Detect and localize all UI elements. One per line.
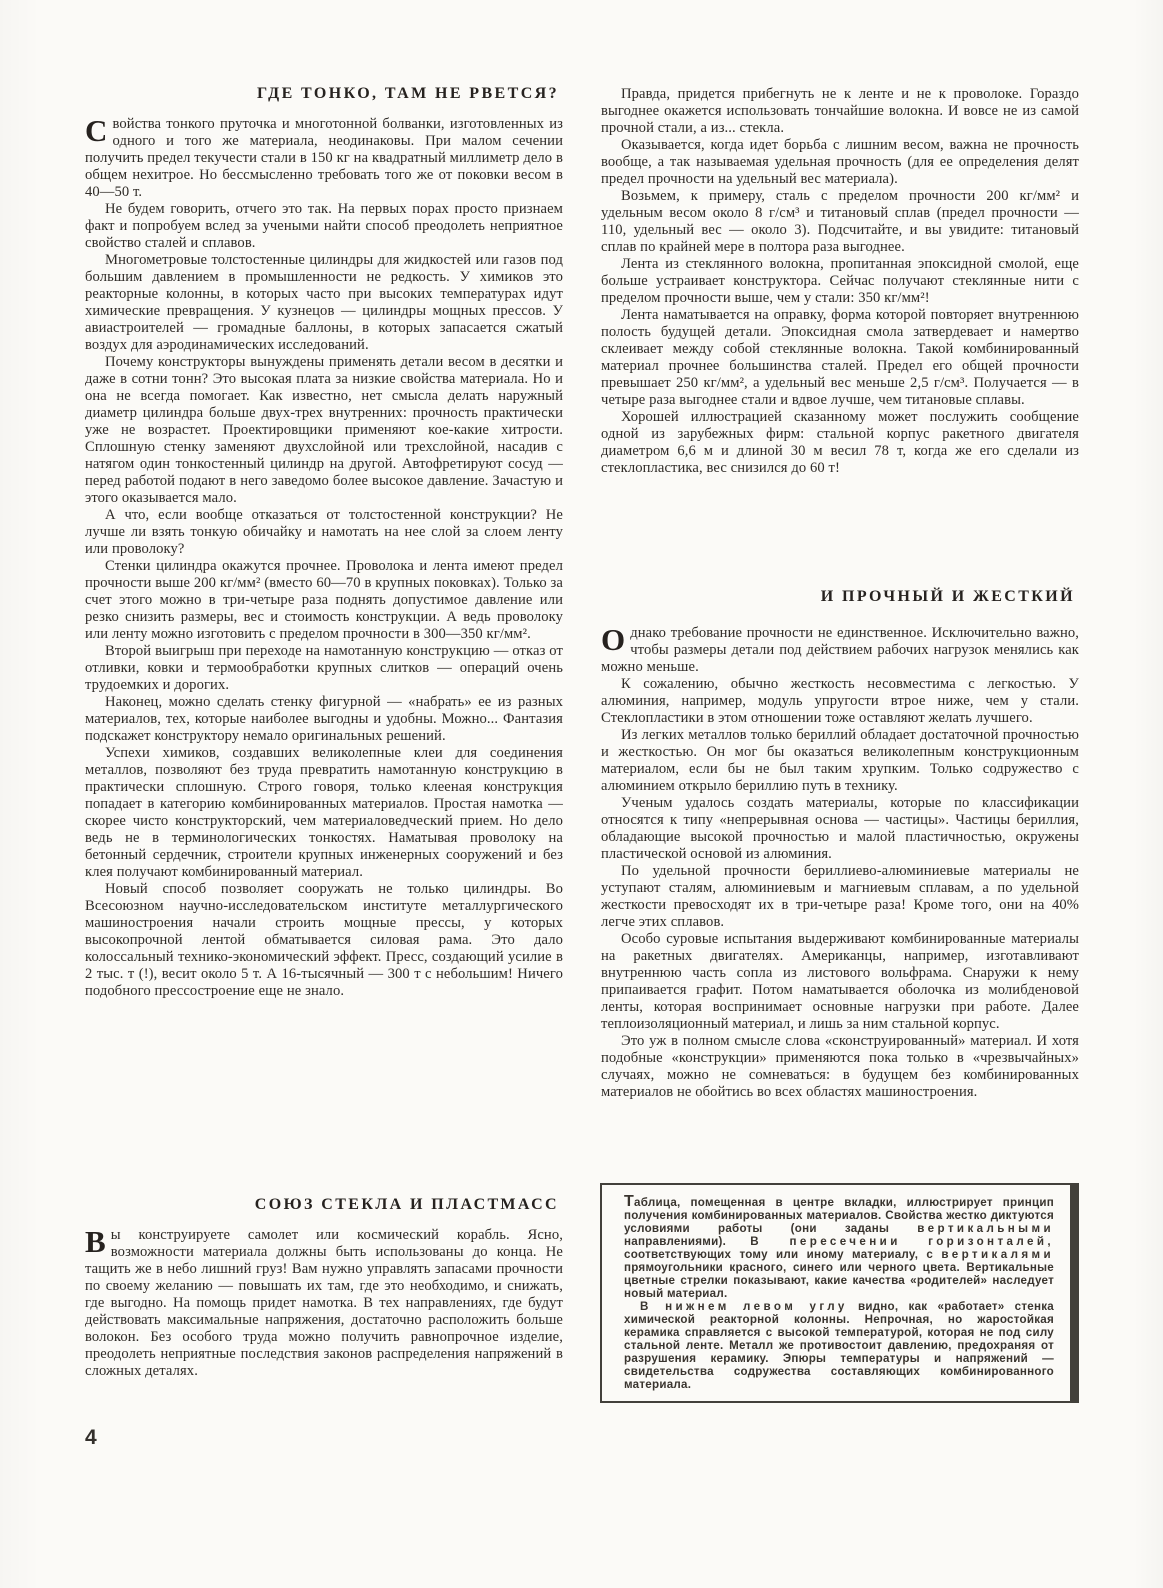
caption-box: Таблица, помещенная в центре вкладки, ил… <box>600 1183 1079 1403</box>
paragraph: В нижнем левом углу видно, как «работает… <box>624 1300 1054 1391</box>
drop-cap: В <box>85 1228 106 1255</box>
paragraph: Лента из стеклянного волокна, пропитанна… <box>601 256 1079 307</box>
emphasized-text: вертикалями <box>941 1248 1054 1261</box>
body-text: Лента наматывается на оправку, форма кот… <box>601 307 1079 408</box>
section-heading: И ПРОЧНЫЙ И ЖЕСТКИЙ <box>601 588 1075 605</box>
paragraph: Не будем говорить, отчего это так. На пе… <box>85 201 563 252</box>
page-number: 4 <box>85 1426 97 1450</box>
body-text: Хорошей иллюстрацией сказанному может по… <box>601 409 1079 476</box>
paragraph: Лента наматывается на оправку, форма кот… <box>601 307 1079 409</box>
paragraph: Ученым удалось создать материалы, которы… <box>601 795 1079 863</box>
body-text: Лента из стеклянного волокна, пропитанна… <box>601 256 1079 306</box>
body-text: видно, как «работает» стенка химической … <box>624 1300 1054 1391</box>
paragraph: По удельной прочности бериллиево-алюмини… <box>601 863 1079 931</box>
paragraph: Правда, придется прибегнуть не к ленте и… <box>601 86 1079 137</box>
body-text: Из легких металлов только бериллий облад… <box>601 727 1079 794</box>
drop-cap: О <box>601 626 625 653</box>
body-text: Оказывается, когда идет борьба с лишним … <box>601 137 1079 187</box>
body-text: Особо суровые испытания выдерживают комб… <box>601 931 1079 1032</box>
body-text: А что, если вообще отказаться от толстос… <box>85 507 563 557</box>
paragraph: Вы конструируете самолет или космический… <box>85 1227 563 1380</box>
emphasized-text: В пересечении горизонталей, <box>750 1235 1054 1248</box>
body-text: прямоугольники красного, синего или черн… <box>624 1261 1054 1300</box>
body-text: Многометровые толстостенные цилиндры для… <box>85 252 563 353</box>
paragraph: Возьмем, к примеру, сталь с пределом про… <box>601 188 1079 256</box>
section-heading: ГДЕ ТОНКО, ТАМ НЕ РВЕТСЯ? <box>85 85 559 102</box>
paragraph: Хорошей иллюстрацией сказанному может по… <box>601 409 1079 477</box>
emphasized-text: В нижнем левом углу <box>640 1300 848 1313</box>
paragraph: Оказывается, когда идет борьба с лишним … <box>601 137 1079 188</box>
paragraph: Новый способ позволяет сооружать не толь… <box>85 881 563 1000</box>
left-column-section-1: ГДЕ ТОНКО, ТАМ НЕ РВЕТСЯ?Свойства тонког… <box>85 85 563 1000</box>
body-text: Второй выигрыш при переходе на намотанну… <box>85 643 563 693</box>
paragraph: Наконец, можно сделать стенку фигурной —… <box>85 694 563 745</box>
paragraph: Свойства тонкого пруточка и многотонной … <box>85 116 563 201</box>
magazine-page: ГДЕ ТОНКО, ТАМ НЕ РВЕТСЯ?Свойства тонког… <box>0 0 1163 1588</box>
paragraph: Почему конструкторы вынуждены применять … <box>85 354 563 507</box>
section-heading: СОЮЗ СТЕКЛА И ПЛАСТМАСС <box>85 1196 559 1213</box>
paragraph: Однако требование прочности не единствен… <box>601 625 1079 676</box>
right-column-section-2: И ПРОЧНЫЙ И ЖЕСТКИЙОднако требование про… <box>601 588 1079 1101</box>
body-text: ы конструируете самолет или космический … <box>85 1227 563 1379</box>
paragraph: Это уж в полном смысле слова «сконструир… <box>601 1033 1079 1101</box>
paragraph: А что, если вообще отказаться от толстос… <box>85 507 563 558</box>
paragraph: Успехи химиков, создавших великолепные к… <box>85 745 563 881</box>
drop-cap: С <box>85 117 108 144</box>
right-column-section-1: Правда, придется прибегнуть не к ленте и… <box>601 86 1079 477</box>
body-text: соответствующих тому или иному материалу… <box>624 1248 941 1261</box>
body-text: Это уж в полном смысле слова «сконструир… <box>601 1033 1079 1100</box>
body-text: Наконец, можно сделать стенку фигурной —… <box>85 694 563 744</box>
left-column-section-2: СОЮЗ СТЕКЛА И ПЛАСТМАССВы конструируете … <box>85 1196 563 1380</box>
body-text: Успехи химиков, создавших великолепные к… <box>85 745 563 880</box>
body-text: днако требование прочности не единственн… <box>601 625 1079 675</box>
paragraph: Таблица, помещенная в центре вкладки, ил… <box>624 1195 1054 1300</box>
body-text: Ученым удалось создать материалы, которы… <box>601 795 1079 862</box>
body-text: направлениями). <box>624 1235 750 1248</box>
body-text: Возьмем, к примеру, сталь с пределом про… <box>601 188 1079 255</box>
body-text: Почему конструкторы вынуждены применять … <box>85 354 563 506</box>
body-text: Новый способ позволяет сооружать не толь… <box>85 881 563 999</box>
body-text: Правда, придется прибегнуть не к ленте и… <box>601 86 1079 136</box>
body-text: Стенки цилиндра окажутся прочнее. Провол… <box>85 558 563 642</box>
body-text: войства тонкого пруточка и многотонной б… <box>85 116 563 200</box>
paragraph: К сожалению, обычно жесткость несовмести… <box>601 676 1079 727</box>
body-text: По удельной прочности бериллиево-алюмини… <box>601 863 1079 930</box>
paragraph: Второй выигрыш при переходе на намотанну… <box>85 643 563 694</box>
drop-cap: Т <box>624 1193 634 1210</box>
body-text: Не будем говорить, отчего это так. На пе… <box>85 201 563 251</box>
paragraph: Стенки цилиндра окажутся прочнее. Провол… <box>85 558 563 643</box>
emphasized-text: вертикальными <box>917 1222 1054 1235</box>
body-text: К сожалению, обычно жесткость несовмести… <box>601 676 1079 726</box>
paragraph: Из легких металлов только бериллий облад… <box>601 727 1079 795</box>
paragraph: Особо суровые испытания выдерживают комб… <box>601 931 1079 1033</box>
paragraph: Многометровые толстостенные цилиндры для… <box>85 252 563 354</box>
